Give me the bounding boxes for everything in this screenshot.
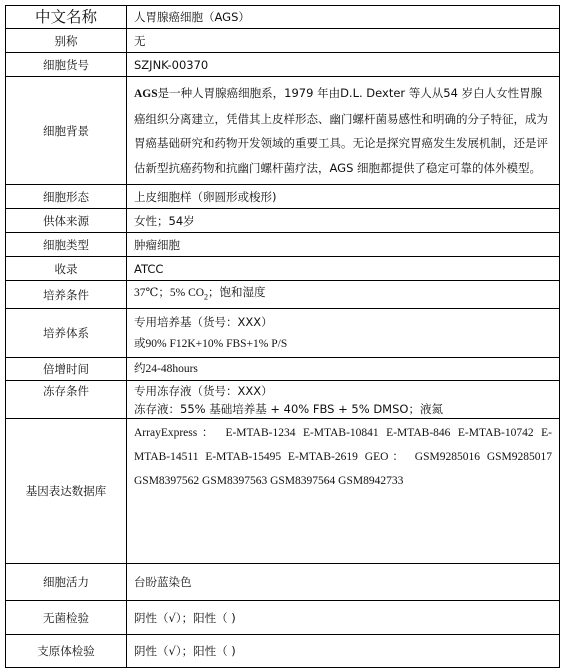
label-sterility: 无菌检验 [6,601,127,635]
culture-temp-co2: 37℃；5% CO [134,287,204,299]
value-chinese-name: 人胃腺癌细胞（AGS） [127,6,560,29]
row-catalog: 细胞货号 SZJNK-00370 [6,53,560,77]
row-cell-type: 细胞类型 肿瘤细胞 [6,233,560,257]
label-viability: 细胞活力 [6,564,127,601]
label-collection: 收录 [6,257,127,281]
value-collection: ATCC [127,257,560,281]
value-freezing: 专用冻存液（货号：XXX）冻存液：55% 基础培养基 + 40% FBS + 5… [127,381,560,419]
freezing-line2: 冻存液：55% 基础培养基 + 40% FBS + 5% DMSO；液氮 [134,400,552,418]
row-sterility: 无菌检验 阴性（√）；阳性（ ) [6,601,560,635]
cell-info-table: 中文名称 人胃腺癌细胞（AGS） 别称 无 细胞货号 SZJNK-00370 细… [5,5,560,668]
background-text: 是一种人胃腺癌细胞系，1979 年由D.L. Dexter 等人从54 岁白人女… [134,86,548,175]
label-donor: 供体来源 [6,209,127,233]
row-culture-system: 培养体系 专用培养基（货号：XXX）或90% F12K+10% FBS+1% P… [6,309,560,358]
value-donor: 女性；54岁 [127,209,560,233]
culture-humidity: ；饱和湿度 [208,285,266,299]
label-alias: 别称 [6,29,127,53]
label-chinese-name: 中文名称 [6,6,127,29]
background-lead: AGS [134,88,158,100]
row-morphology: 细胞形态 上皮细胞样（卵圆形或梭形) [6,185,560,209]
row-background: 细胞背景 AGS是一种人胃腺癌细胞系，1979 年由D.L. Dexter 等人… [6,77,560,185]
label-background: 细胞背景 [6,77,127,185]
label-mycoplasma: 支原体检验 [6,635,127,668]
value-doubling-time: 约24-48hours [127,358,560,381]
value-morphology: 上皮细胞样（卵圆形或梭形) [127,185,560,209]
value-mycoplasma: 阴性（√）；阳性（ ) [127,635,560,668]
culture-system-line2: 或90% F12K+10% FBS+1% P/S [134,333,552,355]
row-gene-db: 基因表达数据库 ArrayExpress： E-MTAB-1234 E-MTAB… [6,419,560,564]
row-alias: 别称 无 [6,29,560,53]
value-alias: 无 [127,29,560,53]
label-culture-system: 培养体系 [6,309,127,358]
label-doubling-time: 倍增时间 [6,358,127,381]
row-donor: 供体来源 女性；54岁 [6,209,560,233]
label-gene-db: 基因表达数据库 [6,419,127,564]
row-chinese-name: 中文名称 人胃腺癌细胞（AGS） [6,6,560,29]
freezing-line1: 专用冻存液（货号：XXX） [134,382,552,400]
label-morphology: 细胞形态 [6,185,127,209]
row-collection: 收录 ATCC [6,257,560,281]
value-cell-type: 肿瘤细胞 [127,233,560,257]
label-catalog: 细胞货号 [6,53,127,77]
value-culture-system: 专用培养基（货号：XXX）或90% F12K+10% FBS+1% P/S [127,309,560,358]
value-culture-conditions: 37℃；5% CO2；饱和湿度 [127,281,560,309]
row-culture-conditions: 培养条件 37℃；5% CO2；饱和湿度 [6,281,560,309]
row-doubling-time: 倍增时间 约24-48hours [6,358,560,381]
label-cell-type: 细胞类型 [6,233,127,257]
row-freezing: 冻存条件 专用冻存液（货号：XXX）冻存液：55% 基础培养基 + 40% FB… [6,381,560,419]
value-gene-db: ArrayExpress： E-MTAB-1234 E-MTAB-10841 E… [127,419,560,564]
value-sterility: 阴性（√）；阳性（ ) [127,601,560,635]
row-mycoplasma: 支原体检验 阴性（√）；阳性（ ) [6,635,560,668]
value-catalog: SZJNK-00370 [127,53,560,77]
value-background: AGS是一种人胃腺癌细胞系，1979 年由D.L. Dexter 等人从54 岁… [127,77,560,185]
label-culture-conditions: 培养条件 [6,281,127,309]
row-viability: 细胞活力 台盼蓝染色 [6,564,560,601]
value-viability: 台盼蓝染色 [127,564,560,601]
label-freezing: 冻存条件 [6,381,127,419]
culture-system-line1: 专用培养基（货号：XXX） [134,311,552,333]
